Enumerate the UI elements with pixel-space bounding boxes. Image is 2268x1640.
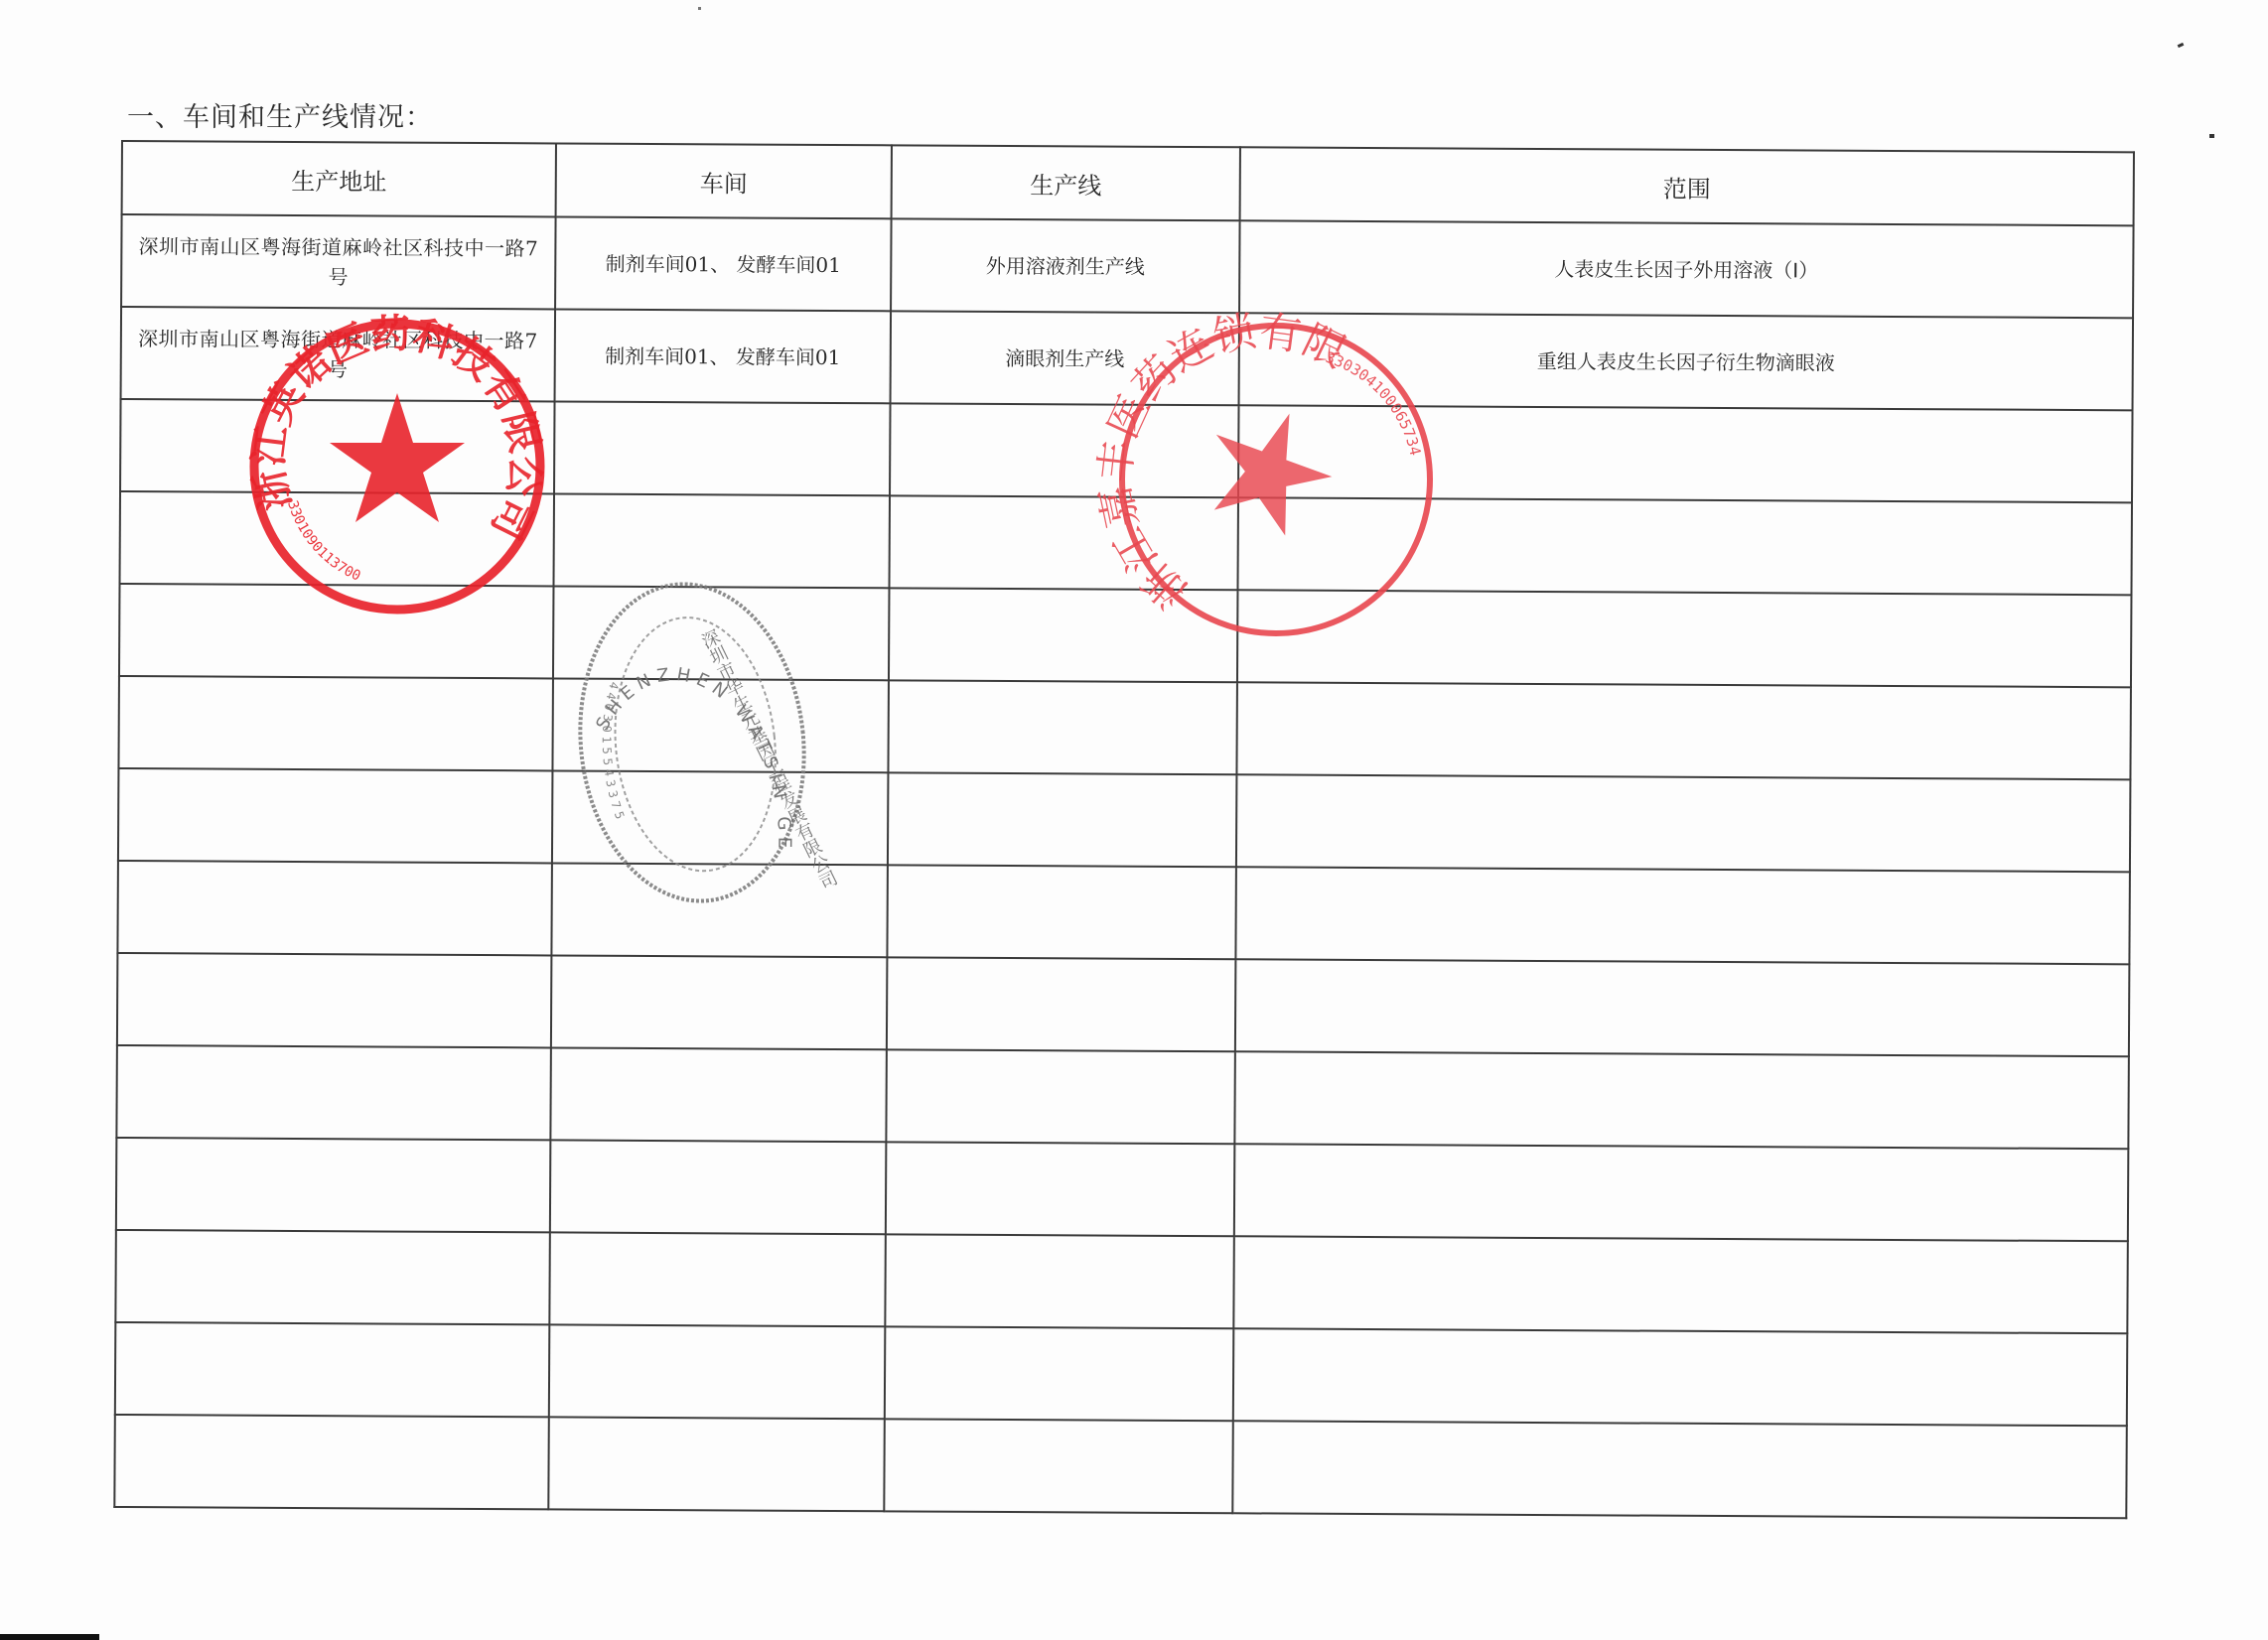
scan-edge-bar — [0, 1634, 99, 1640]
cell-address: 深圳市南山区粤海街道麻岭社区科技中一路7号 — [121, 214, 556, 309]
cell-scope — [1235, 959, 2130, 1056]
header-address: 生产地址 — [122, 141, 556, 216]
cell-scope — [1238, 405, 2133, 502]
header-scope: 范围 — [1240, 147, 2134, 225]
cell-address — [120, 399, 555, 493]
cell-production-line — [888, 680, 1237, 774]
cell-address — [115, 1322, 550, 1417]
cell-scope — [1233, 1236, 2128, 1333]
cell-address — [120, 491, 555, 586]
cell-scope — [1236, 682, 2131, 779]
cell-address — [117, 953, 552, 1047]
cell-scope: 人表皮生长因子外用溶液（Ⅰ） — [1239, 220, 2134, 318]
cell-workshop — [549, 1324, 886, 1419]
table-row-empty — [120, 399, 2132, 502]
header-production-line: 生产线 — [892, 145, 1240, 220]
cell-production-line: 外用溶液剂生产线 — [891, 218, 1240, 313]
table-header-row: 生产地址 车间 生产线 范围 — [122, 141, 2134, 225]
table-row-empty — [120, 491, 2132, 595]
header-workshop: 车间 — [556, 143, 892, 218]
cell-workshop — [548, 1417, 885, 1511]
table-row-empty — [116, 1138, 2128, 1241]
cell-address — [116, 1045, 551, 1140]
cell-workshop: 制剂车间01、 发酵车间01 — [555, 309, 892, 403]
table-row-empty — [114, 1415, 2126, 1518]
cell-production-line — [886, 1142, 1235, 1236]
table-row: 深圳市南山区粤海街道麻岭社区科技中一路7号 制剂车间01、 发酵车间01 外用溶… — [121, 214, 2133, 318]
cell-address — [119, 584, 554, 678]
cell-address — [116, 1138, 551, 1232]
cell-workshop — [553, 586, 890, 680]
table-row-empty — [116, 1045, 2128, 1149]
cell-production-line — [885, 1326, 1234, 1421]
cell-address: 深圳市南山区粤海街道麻岭社区科技中一路7号 — [121, 307, 556, 401]
table-row-empty — [119, 584, 2131, 687]
cell-workshop — [552, 678, 889, 772]
cell-workshop — [551, 863, 888, 957]
cell-workshop: 制剂车间01、 发酵车间01 — [555, 216, 892, 311]
cell-workshop — [551, 955, 888, 1049]
cell-production-line — [889, 495, 1238, 590]
cell-scope — [1237, 590, 2132, 687]
cell-address — [115, 1230, 550, 1324]
cell-workshop — [554, 401, 891, 495]
cell-address — [114, 1415, 549, 1509]
table-row-empty — [117, 953, 2129, 1056]
cell-scope — [1234, 1051, 2129, 1149]
cell-scope — [1232, 1421, 2127, 1518]
scan-speck — [698, 7, 701, 10]
cell-address — [117, 861, 552, 955]
scan-speck — [2209, 134, 2214, 138]
cell-workshop — [549, 1232, 886, 1326]
cell-production-line — [890, 403, 1239, 497]
table-row-empty — [115, 1230, 2127, 1333]
cell-production-line — [885, 1234, 1234, 1328]
cell-scope — [1236, 774, 2131, 872]
cell-workshop — [552, 770, 889, 865]
cell-address — [118, 768, 553, 863]
cell-production-line — [884, 1419, 1233, 1513]
cell-scope — [1234, 1144, 2129, 1241]
cell-workshop — [553, 493, 890, 588]
cell-scope — [1233, 1328, 2128, 1426]
cell-scope: 重组人表皮生长因子衍生物滴眼液 — [1239, 313, 2134, 410]
section-title: 一、车间和生产线情况： — [127, 95, 433, 134]
cell-scope — [1237, 497, 2132, 595]
cell-production-line — [887, 957, 1236, 1051]
cell-production-line — [889, 588, 1238, 682]
workshop-production-line-table: 生产地址 车间 生产线 范围 深圳市南山区粤海街道麻岭社区科技中一路7号 制剂车… — [113, 140, 2135, 1519]
cell-production-line — [886, 1049, 1235, 1144]
cell-production-line — [887, 865, 1236, 959]
cell-workshop — [550, 1140, 887, 1234]
table-row: 深圳市南山区粤海街道麻岭社区科技中一路7号 制剂车间01、 发酵车间01 滴眼剂… — [121, 307, 2133, 410]
scan-speck — [2178, 43, 2185, 48]
cell-address — [118, 676, 553, 770]
table-row-empty — [118, 768, 2130, 872]
cell-production-line — [888, 772, 1237, 867]
table-row-empty — [118, 676, 2130, 779]
table-row-empty — [117, 861, 2129, 964]
cell-workshop — [550, 1047, 887, 1142]
cell-production-line: 滴眼剂生产线 — [891, 311, 1240, 405]
table-row-empty — [115, 1322, 2127, 1426]
cell-scope — [1235, 867, 2130, 964]
